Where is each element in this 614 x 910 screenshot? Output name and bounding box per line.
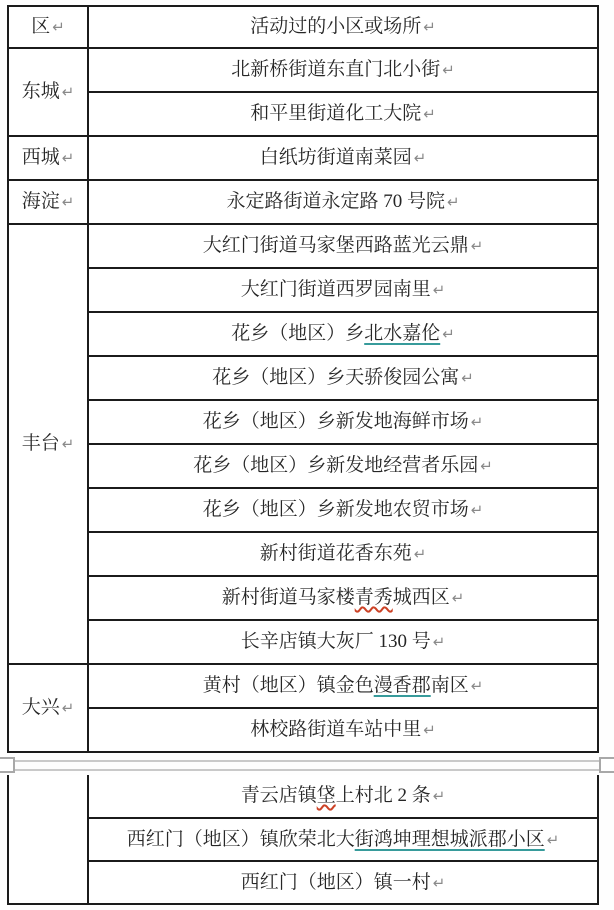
table-row: 东城↵ 北新桥街道东直门北小街↵ bbox=[8, 48, 598, 92]
table-row: 丰台↵ 大红门街道马家堡西路蓝光云鼎↵ bbox=[8, 224, 598, 268]
district-cell-xicheng: 西城↵ bbox=[8, 136, 88, 180]
paragraph-mark-icon: ↵ bbox=[471, 237, 484, 255]
district-label: 东城 bbox=[22, 81, 60, 102]
place-text: 西红门（地区）镇欣荣北大 bbox=[127, 829, 355, 850]
place-cell: 大红门街道西罗园南里↵ bbox=[88, 268, 598, 312]
header-district-label: 区 bbox=[31, 16, 50, 37]
table-row: 大红门街道西罗园南里↵ bbox=[8, 268, 598, 312]
place-text: 新村街道花香东苑 bbox=[260, 543, 412, 564]
district-label: 丰台 bbox=[22, 433, 60, 454]
table-row: 林校路街道车站中里↵ bbox=[8, 708, 598, 752]
place-cell: 新村街道花香东苑↵ bbox=[88, 532, 598, 576]
district-cell-fengtai: 丰台↵ bbox=[8, 224, 88, 664]
place-text: 西红门（地区）镇一村 bbox=[241, 872, 431, 893]
place-cell: 花乡（地区）乡北水嘉伦↵ bbox=[88, 312, 598, 356]
district-label: 海淀 bbox=[22, 191, 60, 212]
page-break-lines bbox=[0, 760, 614, 771]
place-cell: 西红门（地区）镇一村↵ bbox=[88, 861, 598, 904]
place-text: 新村街道马家楼 bbox=[222, 587, 355, 608]
place-cell: 新村街道马家楼青秀城西区↵ bbox=[88, 576, 598, 620]
districts-table: 区↵ 活动过的小区或场所↵ 东城↵ 北新桥街道东直门北小街↵ 和平里街道化工大院… bbox=[7, 5, 599, 753]
table-row: 花乡（地区）乡新发地农贸市场↵ bbox=[8, 488, 598, 532]
place-text: 和平里街道化工大院 bbox=[250, 103, 421, 124]
header-district-cell: 区↵ bbox=[8, 6, 88, 48]
paragraph-mark-icon: ↵ bbox=[447, 193, 460, 211]
table-row: 长辛店镇大灰厂 130 号↵ bbox=[8, 620, 598, 664]
place-text: 黄村（地区）镇金色 bbox=[203, 675, 374, 696]
paragraph-mark-icon: ↵ bbox=[423, 721, 436, 739]
place-text-spellcheck: 垡 bbox=[317, 785, 336, 806]
table-row: 新村街道马家楼青秀城西区↵ bbox=[8, 576, 598, 620]
paragraph-mark-icon: ↵ bbox=[452, 589, 465, 607]
districts-table-continued: 青云店镇垡上村北 2 条↵ 西红门（地区）镇欣荣北大街鸿坤理想城派郡小区↵ 西红… bbox=[7, 775, 599, 905]
paragraph-mark-icon: ↵ bbox=[433, 281, 446, 299]
place-text-spellcheck: 青秀 bbox=[355, 587, 393, 608]
paragraph-mark-icon: ↵ bbox=[547, 831, 560, 849]
place-cell: 花乡（地区）乡新发地海鲜市场↵ bbox=[88, 400, 598, 444]
place-text: 南区 bbox=[431, 675, 469, 696]
table-row: 海淀↵ 永定路街道永定路 70 号院↵ bbox=[8, 180, 598, 224]
place-cell: 青云店镇垡上村北 2 条↵ bbox=[88, 775, 598, 818]
place-cell: 花乡（地区）乡天骄俊园公寓↵ bbox=[88, 356, 598, 400]
district-cell-continued bbox=[8, 775, 88, 904]
paragraph-mark-icon: ↵ bbox=[433, 874, 446, 892]
document-page: 区↵ 活动过的小区或场所↵ 东城↵ 北新桥街道东直门北小街↵ 和平里街道化工大院… bbox=[0, 0, 614, 910]
paragraph-mark-icon: ↵ bbox=[62, 83, 75, 101]
table-row: 新村街道花香东苑↵ bbox=[8, 532, 598, 576]
table-row: 和平里街道化工大院↵ bbox=[8, 92, 598, 136]
district-cell-daxing: 大兴↵ bbox=[8, 664, 88, 752]
district-cell-haidian: 海淀↵ bbox=[8, 180, 88, 224]
paragraph-mark-icon: ↵ bbox=[423, 105, 436, 123]
place-text: 永定路街道永定路 70 号院 bbox=[226, 191, 445, 212]
place-cell: 白纸坊街道南菜园↵ bbox=[88, 136, 598, 180]
table-row: 青云店镇垡上村北 2 条↵ bbox=[8, 775, 598, 818]
place-text: 北新桥街道东直门北小街 bbox=[231, 59, 440, 80]
district-label: 西城 bbox=[22, 147, 60, 168]
table-row: 西红门（地区）镇欣荣北大街鸿坤理想城派郡小区↵ bbox=[8, 818, 598, 861]
place-text: 城西区 bbox=[393, 587, 450, 608]
place-cell: 大红门街道马家堡西路蓝光云鼎↵ bbox=[88, 224, 598, 268]
paragraph-mark-icon: ↵ bbox=[414, 545, 427, 563]
table-row: 西城↵ 白纸坊街道南菜园↵ bbox=[8, 136, 598, 180]
place-cell: 林校路街道车站中里↵ bbox=[88, 708, 598, 752]
header-places-cell: 活动过的小区或场所↵ bbox=[88, 6, 598, 48]
place-text: 花乡（地区）乡 bbox=[231, 323, 364, 344]
district-label: 大兴 bbox=[22, 697, 60, 718]
table-row: 花乡（地区）乡新发地海鲜市场↵ bbox=[8, 400, 598, 444]
place-text: 大红门街道西罗园南里 bbox=[241, 279, 431, 300]
paragraph-mark-icon: ↵ bbox=[442, 61, 455, 79]
place-text: 花乡（地区）乡新发地农贸市场 bbox=[203, 499, 469, 520]
place-cell: 北新桥街道东直门北小街↵ bbox=[88, 48, 598, 92]
table-row: 花乡（地区）乡北水嘉伦↵ bbox=[8, 312, 598, 356]
paragraph-mark-icon: ↵ bbox=[461, 369, 474, 387]
place-text: 花乡（地区）乡新发地经营者乐园 bbox=[193, 455, 478, 476]
place-text-underlined: 街鸿坤理想城派郡小区 bbox=[355, 829, 545, 850]
place-cell: 花乡（地区）乡新发地经营者乐园↵ bbox=[88, 444, 598, 488]
place-text: 花乡（地区）乡天骄俊园公寓 bbox=[212, 367, 459, 388]
paragraph-mark-icon: ↵ bbox=[471, 413, 484, 431]
paragraph-mark-icon: ↵ bbox=[423, 18, 436, 36]
place-text: 白纸坊街道南菜园 bbox=[260, 147, 412, 168]
place-text: 青云店镇 bbox=[241, 785, 317, 806]
place-cell: 和平里街道化工大院↵ bbox=[88, 92, 598, 136]
table-row: 花乡（地区）乡新发地经营者乐园↵ bbox=[8, 444, 598, 488]
table-row: 西红门（地区）镇一村↵ bbox=[8, 861, 598, 904]
place-cell: 长辛店镇大灰厂 130 号↵ bbox=[88, 620, 598, 664]
page-break-gap bbox=[0, 756, 614, 776]
header-places-label: 活动过的小区或场所 bbox=[250, 16, 421, 37]
paragraph-mark-icon: ↵ bbox=[480, 457, 493, 475]
table-row: 大兴↵ 黄村（地区）镇金色漫香郡南区↵ bbox=[8, 664, 598, 708]
place-text: 林校路街道车站中里 bbox=[250, 719, 421, 740]
table-row: 花乡（地区）乡天骄俊园公寓↵ bbox=[8, 356, 598, 400]
place-text: 花乡（地区）乡新发地海鲜市场 bbox=[203, 411, 469, 432]
page-margin-marker-left bbox=[0, 757, 15, 773]
paragraph-mark-icon: ↵ bbox=[433, 787, 446, 805]
paragraph-mark-icon: ↵ bbox=[433, 633, 446, 651]
paragraph-mark-icon: ↵ bbox=[442, 325, 455, 343]
place-text: 大红门街道马家堡西路蓝光云鼎 bbox=[203, 235, 469, 256]
place-text: 长辛店镇大灰厂 130 号 bbox=[241, 631, 431, 652]
district-cell-dongcheng: 东城↵ bbox=[8, 48, 88, 136]
place-cell: 永定路街道永定路 70 号院↵ bbox=[88, 180, 598, 224]
paragraph-mark-icon: ↵ bbox=[471, 501, 484, 519]
place-text-underlined: 北水嘉伦 bbox=[364, 323, 440, 344]
table-header-row: 区↵ 活动过的小区或场所↵ bbox=[8, 6, 598, 48]
place-text: 上村北 2 条 bbox=[336, 785, 431, 806]
paragraph-mark-icon: ↵ bbox=[62, 149, 75, 167]
page-margin-marker-right bbox=[599, 757, 614, 773]
place-cell: 花乡（地区）乡新发地农贸市场↵ bbox=[88, 488, 598, 532]
paragraph-mark-icon: ↵ bbox=[62, 193, 75, 211]
paragraph-mark-icon: ↵ bbox=[62, 435, 75, 453]
place-text-underlined: 漫香郡 bbox=[374, 675, 431, 696]
place-cell: 黄村（地区）镇金色漫香郡南区↵ bbox=[88, 664, 598, 708]
place-cell: 西红门（地区）镇欣荣北大街鸿坤理想城派郡小区↵ bbox=[88, 818, 598, 861]
paragraph-mark-icon: ↵ bbox=[471, 677, 484, 695]
paragraph-mark-icon: ↵ bbox=[414, 149, 427, 167]
paragraph-mark-icon: ↵ bbox=[62, 699, 75, 717]
paragraph-mark-icon: ↵ bbox=[52, 18, 65, 36]
